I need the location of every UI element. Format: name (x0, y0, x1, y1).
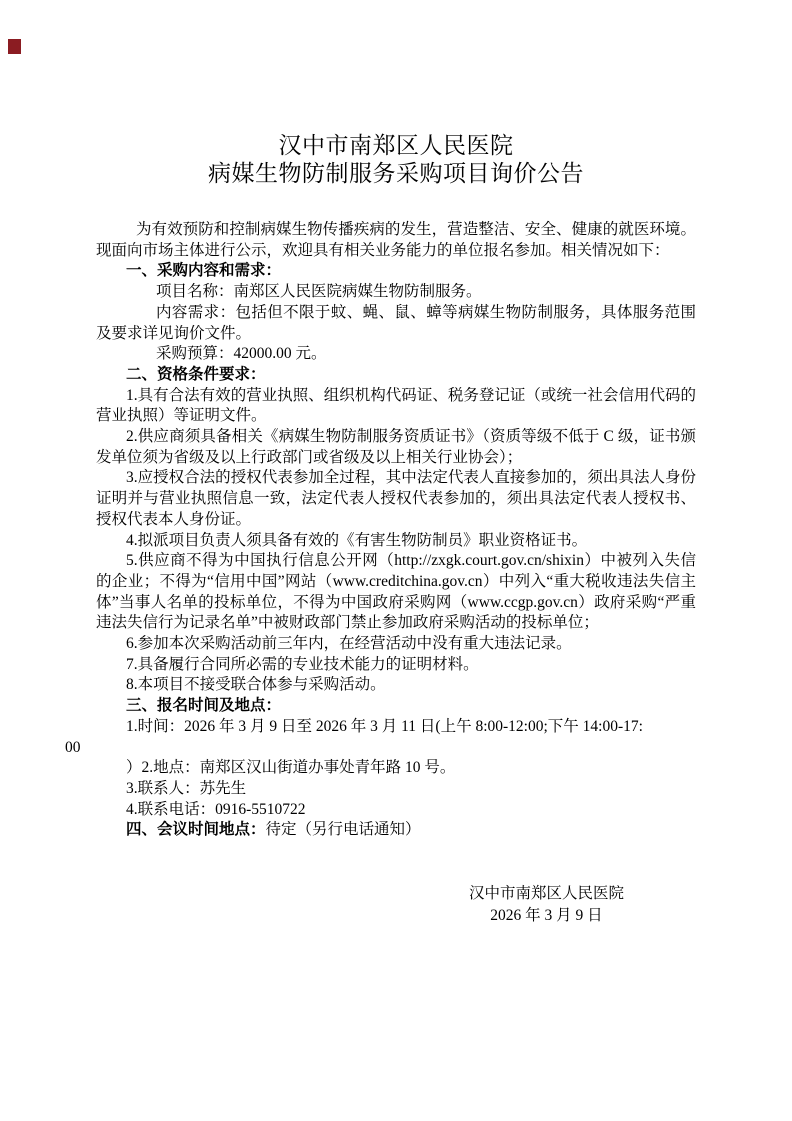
section-4-text: 待定（另行电话通知） (266, 821, 421, 838)
contact-person-line: 3.联系人：苏先生 (96, 779, 696, 800)
signature-date: 2026 年 3 月 9 日 (469, 905, 624, 927)
section-3-heading: 三、报名时间及地点： (96, 696, 696, 717)
document-page: 汉中市南郑区人民医院 病媒生物防制服务采购项目询价公告 为有效预防和控制病媒生物… (0, 0, 792, 1121)
section-1-heading: 一、采购内容和需求： (96, 261, 696, 282)
qualification-item-6: 6.参加本次采购活动前三年内，在经营活动中没有重大违法记录。 (96, 634, 696, 655)
doc-title-organization: 汉中市南郑区人民医院 (96, 132, 696, 160)
registration-time-overflow: 00 (65, 738, 696, 759)
intro-paragraph: 为有效预防和控制病媒生物传播疾病的发生，营造整洁、安全、健康的就医环境。现面向市… (96, 220, 696, 261)
section-2-heading: 二、资格条件要求： (96, 365, 696, 386)
qualification-item-1: 1.具有合法有效的营业执照、组织机构代码证、税务登记证（或统一社会信用代码的营业… (96, 386, 696, 427)
qualification-item-4: 4.拟派项目负责人须具备有效的《有害生物防制员》职业资格证书。 (96, 531, 696, 552)
section-4-line: 四、会议时间地点：待定（另行电话通知） (96, 820, 696, 841)
section-4-heading: 四、会议时间地点： (126, 821, 266, 838)
qualification-item-7: 7.具备履行合同所必需的专业技术能力的证明材料。 (96, 655, 696, 676)
contact-phone-line: 4.联系电话：0916-5510722 (96, 800, 696, 821)
doc-title-subject: 病媒生物防制服务采购项目询价公告 (96, 160, 696, 188)
content-requirement-line: 内容需求：包括但不限于蚊、蝇、鼠、蟑等病媒生物防制服务，具体服务范围及要求详见询… (96, 303, 696, 344)
announcement-document: 汉中市南郑区人民医院 病媒生物防制服务采购项目询价公告 为有效预防和控制病媒生物… (96, 132, 696, 927)
corner-stamp (8, 39, 21, 54)
qualification-item-3: 3.应授权合法的授权代表参加全过程，其中法定代表人直接参加的，须出具法人身份证明… (96, 468, 696, 530)
budget-line: 采购预算：42000.00 元。 (96, 344, 696, 365)
registration-address-line: ）2.地点：南郑区汉山街道办事处青年路 10 号。 (96, 758, 696, 779)
qualification-item-8: 8.本项目不接受联合体参与采购活动。 (96, 675, 696, 696)
qualification-item-5: 5.供应商不得为中国执行信息公开网（http://zxgk.court.gov.… (96, 551, 696, 634)
signature-block: 汉中市南郑区人民医院 2026 年 3 月 9 日 (469, 883, 624, 927)
doc-title-block: 汉中市南郑区人民医院 病媒生物防制服务采购项目询价公告 (96, 132, 696, 188)
registration-time-line: 1.时间：2026 年 3 月 9 日至 2026 年 3 月 11 日(上午 … (96, 717, 696, 738)
signature-organization: 汉中市南郑区人民医院 (469, 883, 624, 905)
project-name-line: 项目名称：南郑区人民医院病媒生物防制服务。 (96, 282, 696, 303)
qualification-item-2: 2.供应商须具备相关《病媒生物防制服务资质证书》（资质等级不低于 C 级，证书颁… (96, 427, 696, 468)
